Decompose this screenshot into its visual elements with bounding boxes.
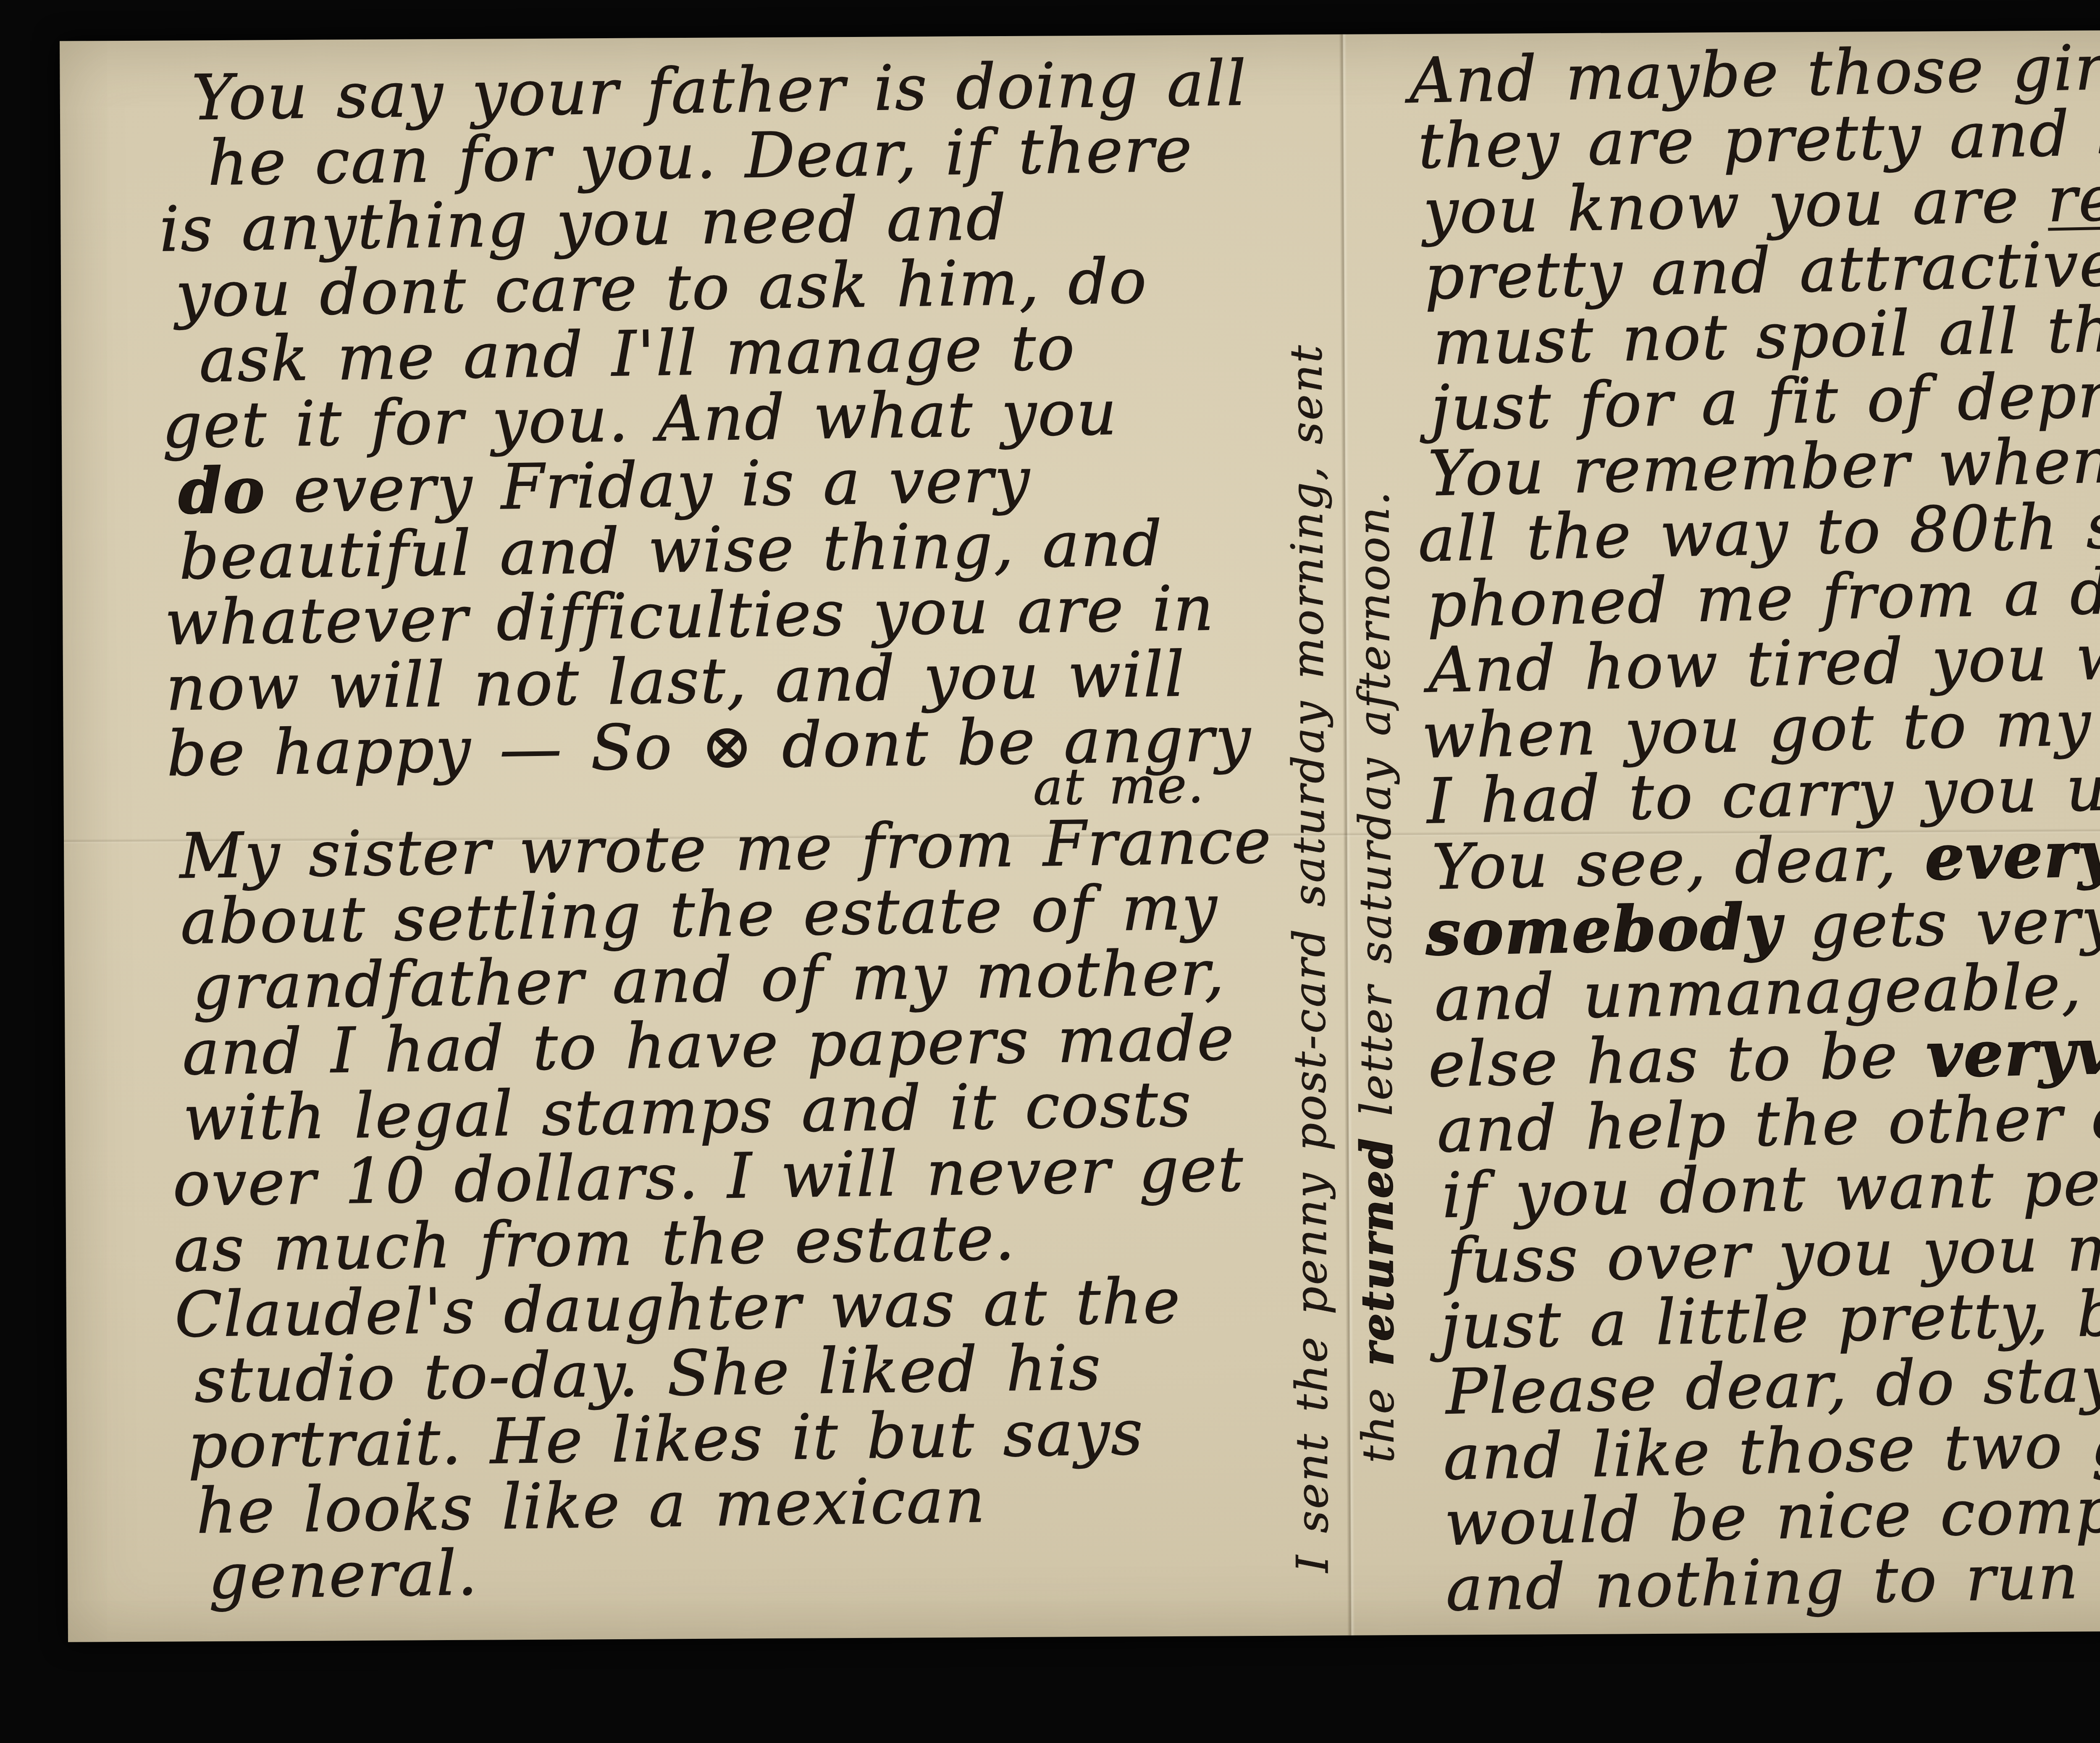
handwritten-line: you dont care to ask him, do [160,247,1270,328]
handwritten-line: Claudel's daughter was at the [174,1267,1284,1348]
handwritten-text-span: I sent the penny post-card saturday morn… [1281,344,1338,1573]
handwritten-text-span: he looks like a mexican [196,1464,987,1547]
letter-paper: You say your father is doing allhe can f… [60,28,2100,1642]
handwritten-line: over 10 dollars. I will never get [172,1136,1282,1217]
fold-margin-note: I sent the penny post-card saturday morn… [1272,190,1418,1590]
handwritten-line: general. [178,1529,1288,1610]
handwritten-text-span: gets very very nasty [1781,877,2100,963]
right-page-text: And maybe those girls believethey are pr… [1409,26,2100,1622]
handwritten-line: he can for you. Dear, if there [158,115,1268,197]
left-page-text: You say your father is doing allhe can f… [157,50,1287,1610]
handwritten-text-span: the [1352,1366,1404,1463]
handwritten-line: I sent the penny post-card saturday morn… [1272,191,1346,1590]
handwritten-text-span: really [2047,160,2100,236]
handwritten-line: portrait. He likes it but says [176,1398,1286,1479]
handwritten-text-span: general. [208,1537,479,1613]
handwritten-line: the returned letter saturday afternoon. [1339,190,1412,1589]
handwritten-text-span: do [178,454,266,528]
handwritten-line: get it for you. And what you [162,378,1271,459]
handwritten-text-span: everytime [1924,814,2100,894]
handwritten-text-span: letter saturday afternoon. [1348,490,1402,1137]
handwritten-text-span: returned [1351,1137,1404,1366]
handwritten-text-span: veryvery good [1926,1008,2100,1091]
